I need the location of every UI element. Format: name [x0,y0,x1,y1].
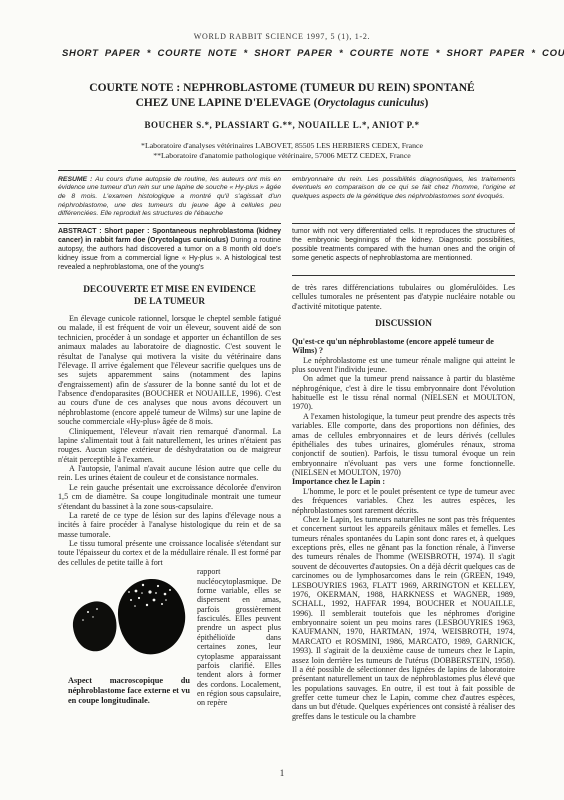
resume-text-left: Au cours d'une autopsie de routine, les … [58,176,281,217]
body-paragraph: On admet que la tumeur prend naissance à… [292,374,515,412]
affiliation-1: *Laboratoire d'analyses vétérinaires LAB… [141,141,423,150]
title-line2-prefix: CHEZ UNE LAPINE D'ELEVAGE ( [136,97,318,109]
tumor-blob-right [118,579,185,654]
body-paragraph: La rareté de ce type de lésion sur des l… [58,511,281,539]
short-paper-banner: SHORT PAPER * COURTE NOTE * SHORT PAPER … [62,48,564,59]
abstract-english-left: ABSTRACT : Short paper : Spontaneous nep… [58,228,281,273]
resume-french-left: RESUME : Au cours d'une autopsie de rout… [58,176,281,220]
title-line2-suffix: ) [425,97,429,109]
figure-caption: Aspect macroscopique du néphroblastome f… [68,676,190,706]
abstract-english-right: tumor with not very differentiated cells… [292,228,515,272]
section-heading-discovery: DECOUVERTE ET MISE EN EVIDENCE DE LA TUM… [82,284,257,308]
section-heading-discussion: DISCUSSION [292,319,515,330]
journal-header: WORLD RABBIT SCIENCE 1997, 5 (1), 1-2. [0,0,564,41]
resume-french-right: embryonnaire du rein. Les possibilités d… [292,176,515,220]
affiliation-2: **Laboratoire d'anatomie pathologique vé… [153,151,411,160]
header-divider [58,170,516,171]
title-line1: COURTE NOTE : NEPHROBLASTOME (TUMEUR DU … [89,82,474,94]
abstract-body-divider-right [292,275,515,276]
body-paragraph: A l'autopsie, l'animal n'avait aucune lé… [58,464,281,483]
abstract-zone-left-column: RESUME : Au cours d'une autopsie de rout… [58,176,281,280]
body-paragraph: Le néphroblastome est une tumeur rénale … [292,356,515,375]
abstract-zone-right-column: embryonnaire du rein. Les possibilités d… [292,176,515,280]
figure-macroscopic-tumor: Aspect macroscopique du néphroblastome f… [68,571,190,706]
authors-line: BOUCHER S.*, PLASSIART G.**, NOUAILLE L.… [0,120,564,130]
body-left-column: DECOUVERTE ET MISE EN EVIDENCE DE LA TUM… [58,283,281,721]
subheading-importance-rabbit: Importance chez le Lapin : [292,477,515,486]
body-paragraph: Cliniquement, l'éleveur n'avait rien rem… [58,427,281,465]
body-paragraph-continuation: de très rares différenciations tubulaire… [292,283,515,311]
scanned-paper-page: WORLD RABBIT SCIENCE 1997, 5 (1), 1-2. S… [0,0,564,800]
page-number: 1 [0,768,564,778]
subheading-what-is-nephroblastoma: Qu'est-ce qu'un néphroblastome (encore a… [292,337,515,356]
body-paragraph: A l'examen histologique, la tumeur peut … [292,412,515,478]
body-paragraph: Le rein gauche présentait une excroissan… [58,483,281,511]
bilingual-abstract-zone: RESUME : Au cours d'une autopsie de rout… [58,176,516,280]
body-paragraph: Le tissu tumoral présente une croissance… [58,539,281,567]
article-title: COURTE NOTE : NEPHROBLASTOME (TUMEUR DU … [30,81,534,111]
resume-label: RESUME : [58,176,92,183]
body-paragraph: L'homme, le porc et le poulet présentent… [292,487,515,515]
resume-abstract-divider-right [292,223,515,224]
two-column-body: DECOUVERTE ET MISE EN EVIDENCE DE LA TUM… [58,283,516,721]
body-right-column: de très rares différenciations tubulaire… [292,283,515,721]
title-species-name: Oryctolagus cuniculus [318,97,425,109]
page-body: RESUME : Au cours d'une autopsie de rout… [58,170,516,721]
affiliations: *Laboratoire d'analyses vétérinaires LAB… [0,141,564,162]
tumor-photo [68,571,190,667]
body-paragraph: En élevage cunicole rationnel, lorsque l… [58,314,281,427]
body-paragraph: Chez le Lapin, les tumeurs naturelles ne… [292,515,515,721]
resume-abstract-divider-left [58,223,281,224]
